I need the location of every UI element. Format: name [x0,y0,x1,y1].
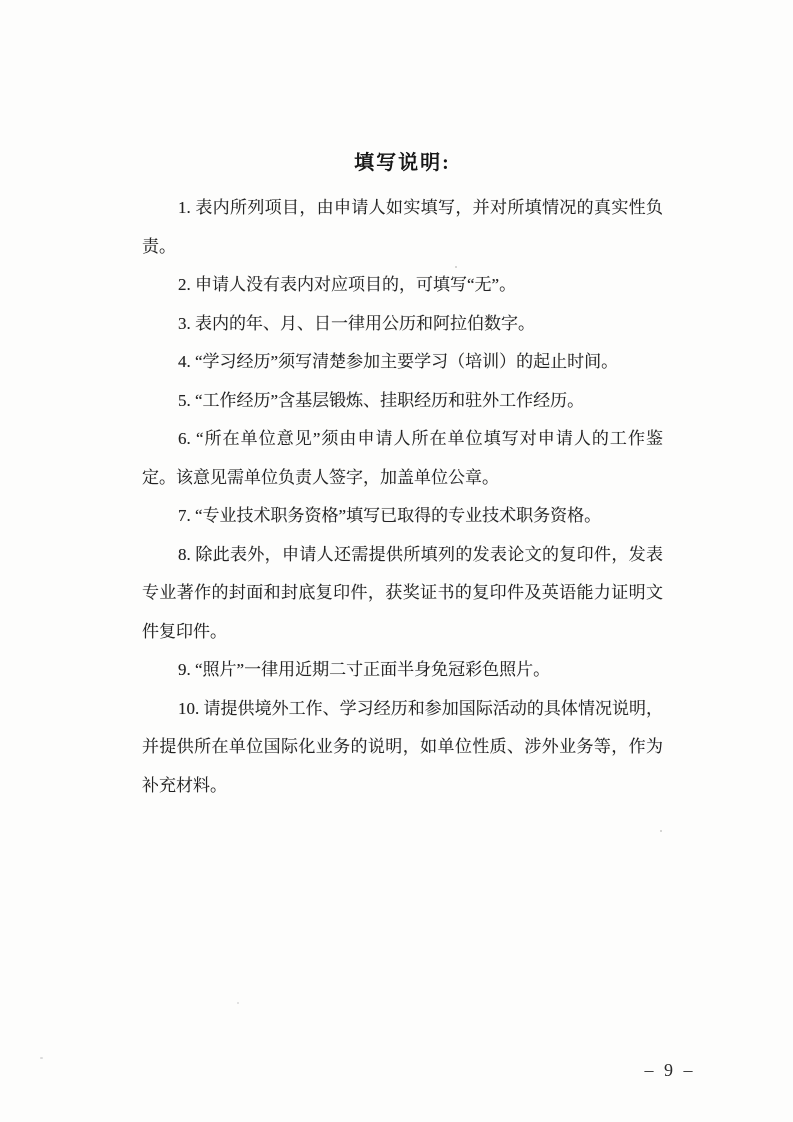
instruction-item-7: 7. “专业技术职务资格”填写已取得的专业技术职务资格。 [142,497,663,536]
instruction-item-10: 10. 请提供境外工作、学习经历和参加国际活动的具体情况说明，并提供所在单位国际… [142,690,663,806]
page-title: 填写说明: [142,146,663,175]
instruction-item-8: 8. 除此表外，申请人还需提供所填列的发表论文的复印件，发表专业著作的封面和封底… [142,536,663,652]
instruction-item-5: 5. “工作经历”含基层锻炼、挂职经历和驻外工作经历。 [142,382,663,421]
instruction-item-2: 2. 申请人没有表内对应项目的，可填写“无”。 [142,266,663,305]
instruction-item-6: 6. “所在单位意见”须由申请人所在单位填写对申请人的工作鉴定。该意见需单位负责… [142,420,663,497]
instruction-item-4: 4. “学习经历”须写清楚参加主要学习（培训）的起止时间。 [142,343,663,382]
instructions-section: 填写说明: 1. 表内所列项目，由申请人如实填写，并对所填情况的真实性负责。 2… [142,146,663,805]
scan-speck [660,830,662,832]
scan-speck [455,266,457,268]
scan-speck [486,597,488,599]
document-page: 填写说明: 1. 表内所列项目，由申请人如实填写，并对所填情况的真实性负责。 2… [0,0,793,1122]
instruction-item-3: 3. 表内的年、月、日一律用公历和阿拉伯数字。 [142,305,663,344]
scan-speck [237,1002,239,1004]
scan-speck [40,1057,43,1059]
instruction-item-9: 9. “照片”一律用近期二寸正面半身免冠彩色照片。 [142,651,663,690]
page-number: – 9 – [620,1060,720,1081]
instruction-item-1: 1. 表内所列项目，由申请人如实填写，并对所填情况的真实性负责。 [142,189,663,266]
